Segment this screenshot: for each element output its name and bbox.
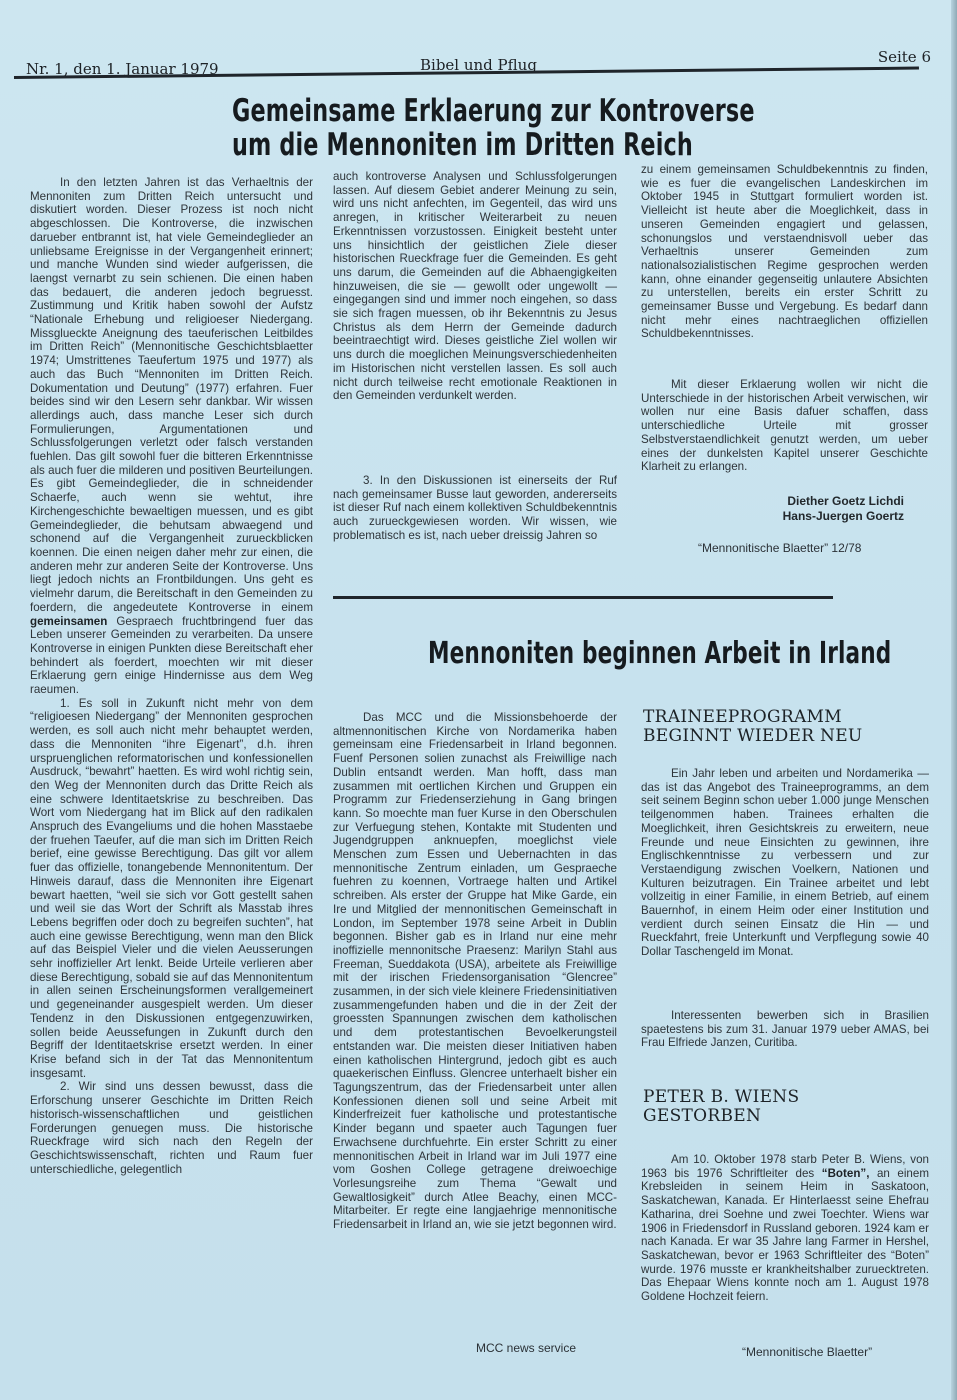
article4-source: “Mennonitische Blaetter” bbox=[742, 1345, 872, 1359]
article1-title-line2: um die Mennoniten im Dritten Reich bbox=[232, 128, 755, 162]
article1-title-line1: Gemeinsame Erklaerung zur Kontroverse bbox=[232, 94, 755, 128]
article1-paragraph: auch kontroverse Analysen und Schlussfol… bbox=[333, 170, 617, 403]
emphasis-text: “Boten”, bbox=[822, 1167, 870, 1180]
article2-paragraph: Das MCC und die Missionsbehoerde der alt… bbox=[333, 711, 617, 1232]
article1-column1: In den letzten Jahren ist das Verhaeltni… bbox=[30, 176, 313, 1176]
article1-title: Gemeinsame Erklaerung zur Kontroverse um… bbox=[232, 94, 755, 162]
article1-column2: auch kontroverse Analysen und Schlussfol… bbox=[333, 170, 617, 403]
newspaper-page: Nr. 1, den 1. Januar 1979 Bibel und Pflu… bbox=[0, 0, 957, 1400]
article2-source: MCC news service bbox=[476, 1341, 576, 1355]
article3-title-line1: TRAINEEPROGRAMM bbox=[643, 708, 863, 727]
page-number: Seite 6 bbox=[878, 48, 931, 66]
signatory: Diether Goetz Lichdi bbox=[640, 494, 904, 509]
article1-paragraph: In den letzten Jahren ist das Verhaeltni… bbox=[30, 176, 313, 697]
article4-body: Am 10. Oktober 1978 starb Peter B. Wiens… bbox=[641, 1153, 929, 1304]
page-edge bbox=[951, 0, 957, 1400]
emphasis-text: gemeinsamen bbox=[30, 615, 107, 628]
article1-point1: 1. Es soll in Zukunft nicht mehr von dem… bbox=[30, 697, 313, 1081]
article1-paragraph: zu einem gemeinsamen Schuldbekenntnis zu… bbox=[641, 163, 928, 341]
article3-title-line2: BEGINNT WIEDER NEU bbox=[643, 727, 863, 746]
article2-title: Mennoniten beginnen Arbeit in Irland bbox=[428, 638, 891, 670]
article4-title-line2: GESTORBEN bbox=[643, 1107, 799, 1126]
article1-column3-conclusion: Mit dieser Erklaerung wollen wir nicht d… bbox=[641, 378, 928, 474]
article4-title-line1: PETER B. WIENS bbox=[643, 1088, 799, 1107]
article3-body: Ein Jahr leben und arbeiten und Nordamer… bbox=[641, 767, 929, 959]
article4-paragraph: Am 10. Oktober 1978 starb Peter B. Wiens… bbox=[641, 1153, 929, 1304]
article1-point3: 3. In den Diskussionen ist einerseits de… bbox=[333, 474, 617, 543]
signatories: Diether Goetz Lichdi Hans-Juergen Goertz bbox=[640, 494, 904, 524]
article3-paragraph: Ein Jahr leben und arbeiten und Nordamer… bbox=[641, 767, 929, 959]
article1-source: “Mennonitische Blaetter” 12/78 bbox=[698, 541, 861, 555]
article3-paragraph: Interessenten bewerben sich in Brasilien… bbox=[641, 1009, 929, 1050]
article1-column3: zu einem gemeinsamen Schuldbekenntnis zu… bbox=[641, 163, 928, 341]
article3-title: TRAINEEPROGRAMM BEGINNT WIEDER NEU bbox=[643, 708, 863, 746]
article1-conclusion: Mit dieser Erklaerung wollen wir nicht d… bbox=[641, 378, 928, 474]
article1-point2: 2. Wir sind uns dessen bewusst, dass die… bbox=[30, 1080, 313, 1176]
article4-title: PETER B. WIENS GESTORBEN bbox=[643, 1088, 799, 1126]
section-divider bbox=[333, 596, 833, 599]
article1-column2-point3: 3. In den Diskussionen ist einerseits de… bbox=[333, 474, 617, 543]
signatory: Hans-Juergen Goertz bbox=[640, 509, 904, 524]
article2-body: Das MCC und die Missionsbehoerde der alt… bbox=[333, 711, 617, 1232]
article3-contact: Interessenten bewerben sich in Brasilien… bbox=[641, 1009, 929, 1050]
